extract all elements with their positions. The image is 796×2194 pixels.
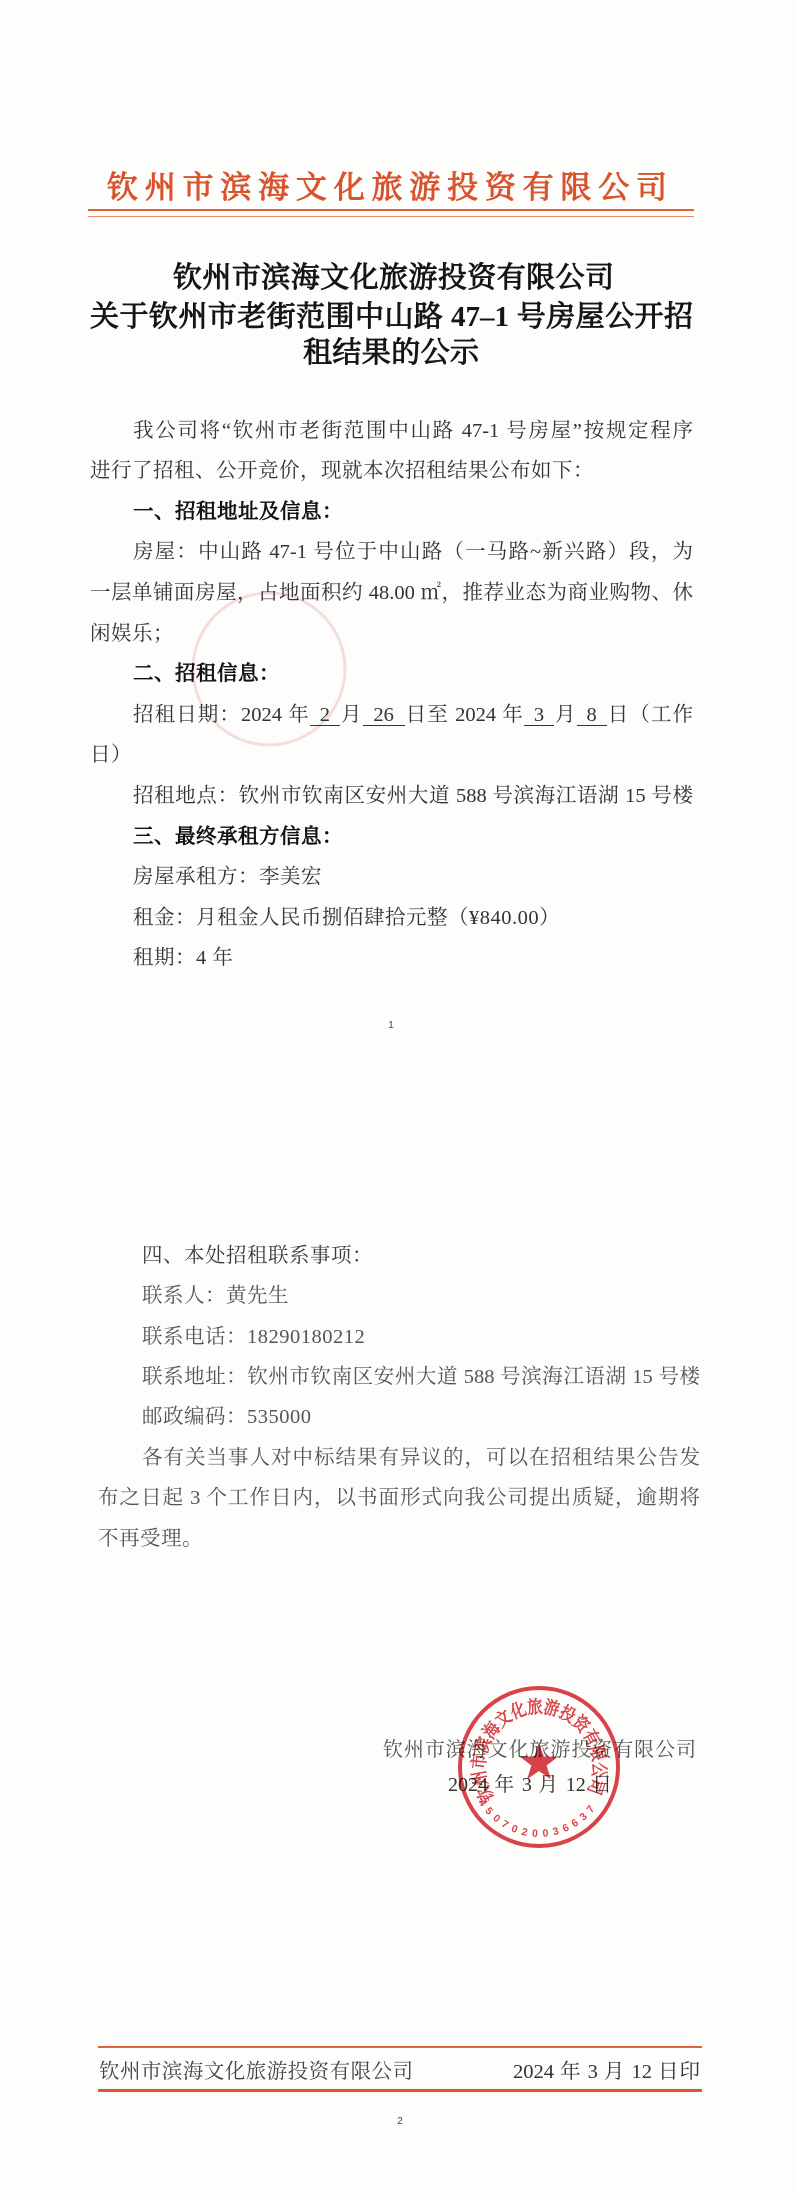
section-1-heading: 一、招租地址及信息： [90,492,693,533]
phone-value: 18290180212 [247,1326,365,1348]
day-to-unit: 日至 [405,704,449,726]
lessee-value: 李美宏 [259,866,322,888]
title-line-3: 租结果的公示 [303,334,479,372]
date-note-open: （工作 [629,704,693,726]
page-number-2: 2 [394,2115,406,2129]
term-value: 4 年 [196,947,233,969]
address-line: 联系地址：钦州市钦南区安州大道 588 号滨海江语湖 15 号楼 [98,1357,700,1397]
start-month-blank: 2 [310,705,340,726]
phone-line: 联系电话：18290180212 [98,1317,700,1357]
address-value: 钦州市钦南区安州大道 588 号滨海江语湖 15 号楼 [247,1366,700,1388]
month-unit: 月 [554,704,577,726]
footer-company: 钦州市滨海文化旅游投资有限公司 [99,2052,413,2092]
page-1-body: 我公司将“钦州市老街范围中山路 47-1 号房屋”按规定程序 进行了招租、公开竞… [90,411,693,979]
section-3-heading: 三、最终承租方信息： [90,817,693,858]
intro-line-1: 我公司将“钦州市老街范围中山路 47-1 号房屋”按规定程序 [90,411,693,452]
notice-line-1: 各有关当事人对中标结果有异议的，可以在招租结果公告发 [98,1438,700,1478]
tender-location-label: 招租地点： [133,785,239,807]
end-year: 2024 [455,704,496,726]
section-4-heading: 四、本处招租联系事项： [98,1236,700,1276]
rent-line: 租金：月租金人民币捌佰肆拾元整（¥840.00） [90,898,693,939]
lessee-label: 房屋承租方： [133,866,259,888]
address-label: 联系地址： [142,1366,247,1388]
tender-date-line: 招租日期：2024 年2月26日至 2024 年3月8日（工作 [90,695,693,736]
page-number-1: 1 [385,1019,397,1033]
tender-location-line: 招租地点：钦州市钦南区安州大道 588 号滨海江语湖 15 号楼 [90,776,693,817]
title-line-1: 钦州市滨海文化旅游投资有限公司 [173,259,614,297]
official-seal-icon: 钦州市滨海文化旅游投资有限公司 4507020036637 [455,1683,623,1851]
footer-rule-bottom [98,2089,702,2092]
end-day-blank: 8 [577,705,607,726]
contact-line: 联系人：黄先生 [98,1276,700,1316]
year-unit: 年 [288,704,310,726]
tender-location-value: 钦州市钦南区安州大道 588 号滨海江语湖 15 号楼 [239,785,693,807]
page-2-body: 四、本处招租联系事项： 联系人：黄先生 联系电话：18290180212 联系地… [98,1236,700,1559]
phone-label: 联系电话： [142,1326,247,1348]
end-month-blank: 3 [524,705,554,726]
tender-date-label: 招租日期： [133,704,241,726]
term-line: 租期：4 年 [90,938,693,979]
notice-line-2: 布之日起 3 个工作日内，以书面形式向我公司提出质疑，逾期将 [98,1478,700,1518]
term-label: 租期： [133,947,196,969]
contact-label: 联系人： [142,1285,226,1307]
start-day-blank: 26 [363,705,405,726]
house-label: 房屋： [133,541,198,563]
section-2-heading: 二、招租信息： [90,654,693,695]
letterhead-company-name: 钦州市滨海文化旅游投资有限公司 [107,168,667,208]
postcode-value: 535000 [247,1406,312,1428]
star-icon [520,1743,558,1779]
house-line-1: 房屋：中山路 47-1 号位于中山路（一马路~新兴路）段，为 [90,532,693,573]
house-text-1: 中山路 47-1 号位于中山路（一马路~新兴路）段，为 [198,541,693,563]
start-year: 2024 [241,704,282,726]
house-line-3: 闲娱乐； [90,614,693,655]
letterhead-rule-thick [88,209,694,211]
month-unit: 月 [340,704,363,726]
rent-label: 租金： [133,907,196,929]
lessee-line: 房屋承租方：李美宏 [90,857,693,898]
day-unit: 日 [607,704,630,726]
year-unit: 年 [502,704,524,726]
intro-line-2: 进行了招租、公开竞价，现就本次招租结果公布如下： [90,451,693,492]
title-line-2: 关于钦州市老街范围中山路 47–1 号房屋公开招 [90,298,693,336]
postcode-line: 邮政编码：535000 [98,1397,700,1437]
rent-value: 月租金人民币捌佰肆拾元整（¥840.00） [196,907,560,929]
notice-line-3: 不再受理。 [98,1519,700,1559]
postcode-label: 邮政编码： [142,1406,247,1428]
letterhead-rule-thin [88,216,694,217]
house-line-2: 一层单铺面房屋，占地面积约 48.00 ㎡，推荐业态为商业购物、休 [90,573,693,614]
footer-print-date: 2024 年 3 月 12 日印 [513,2052,700,2092]
date-note-close: 日） [90,735,693,776]
contact-value: 黄先生 [226,1285,289,1307]
footer-rule-top [98,2046,702,2048]
